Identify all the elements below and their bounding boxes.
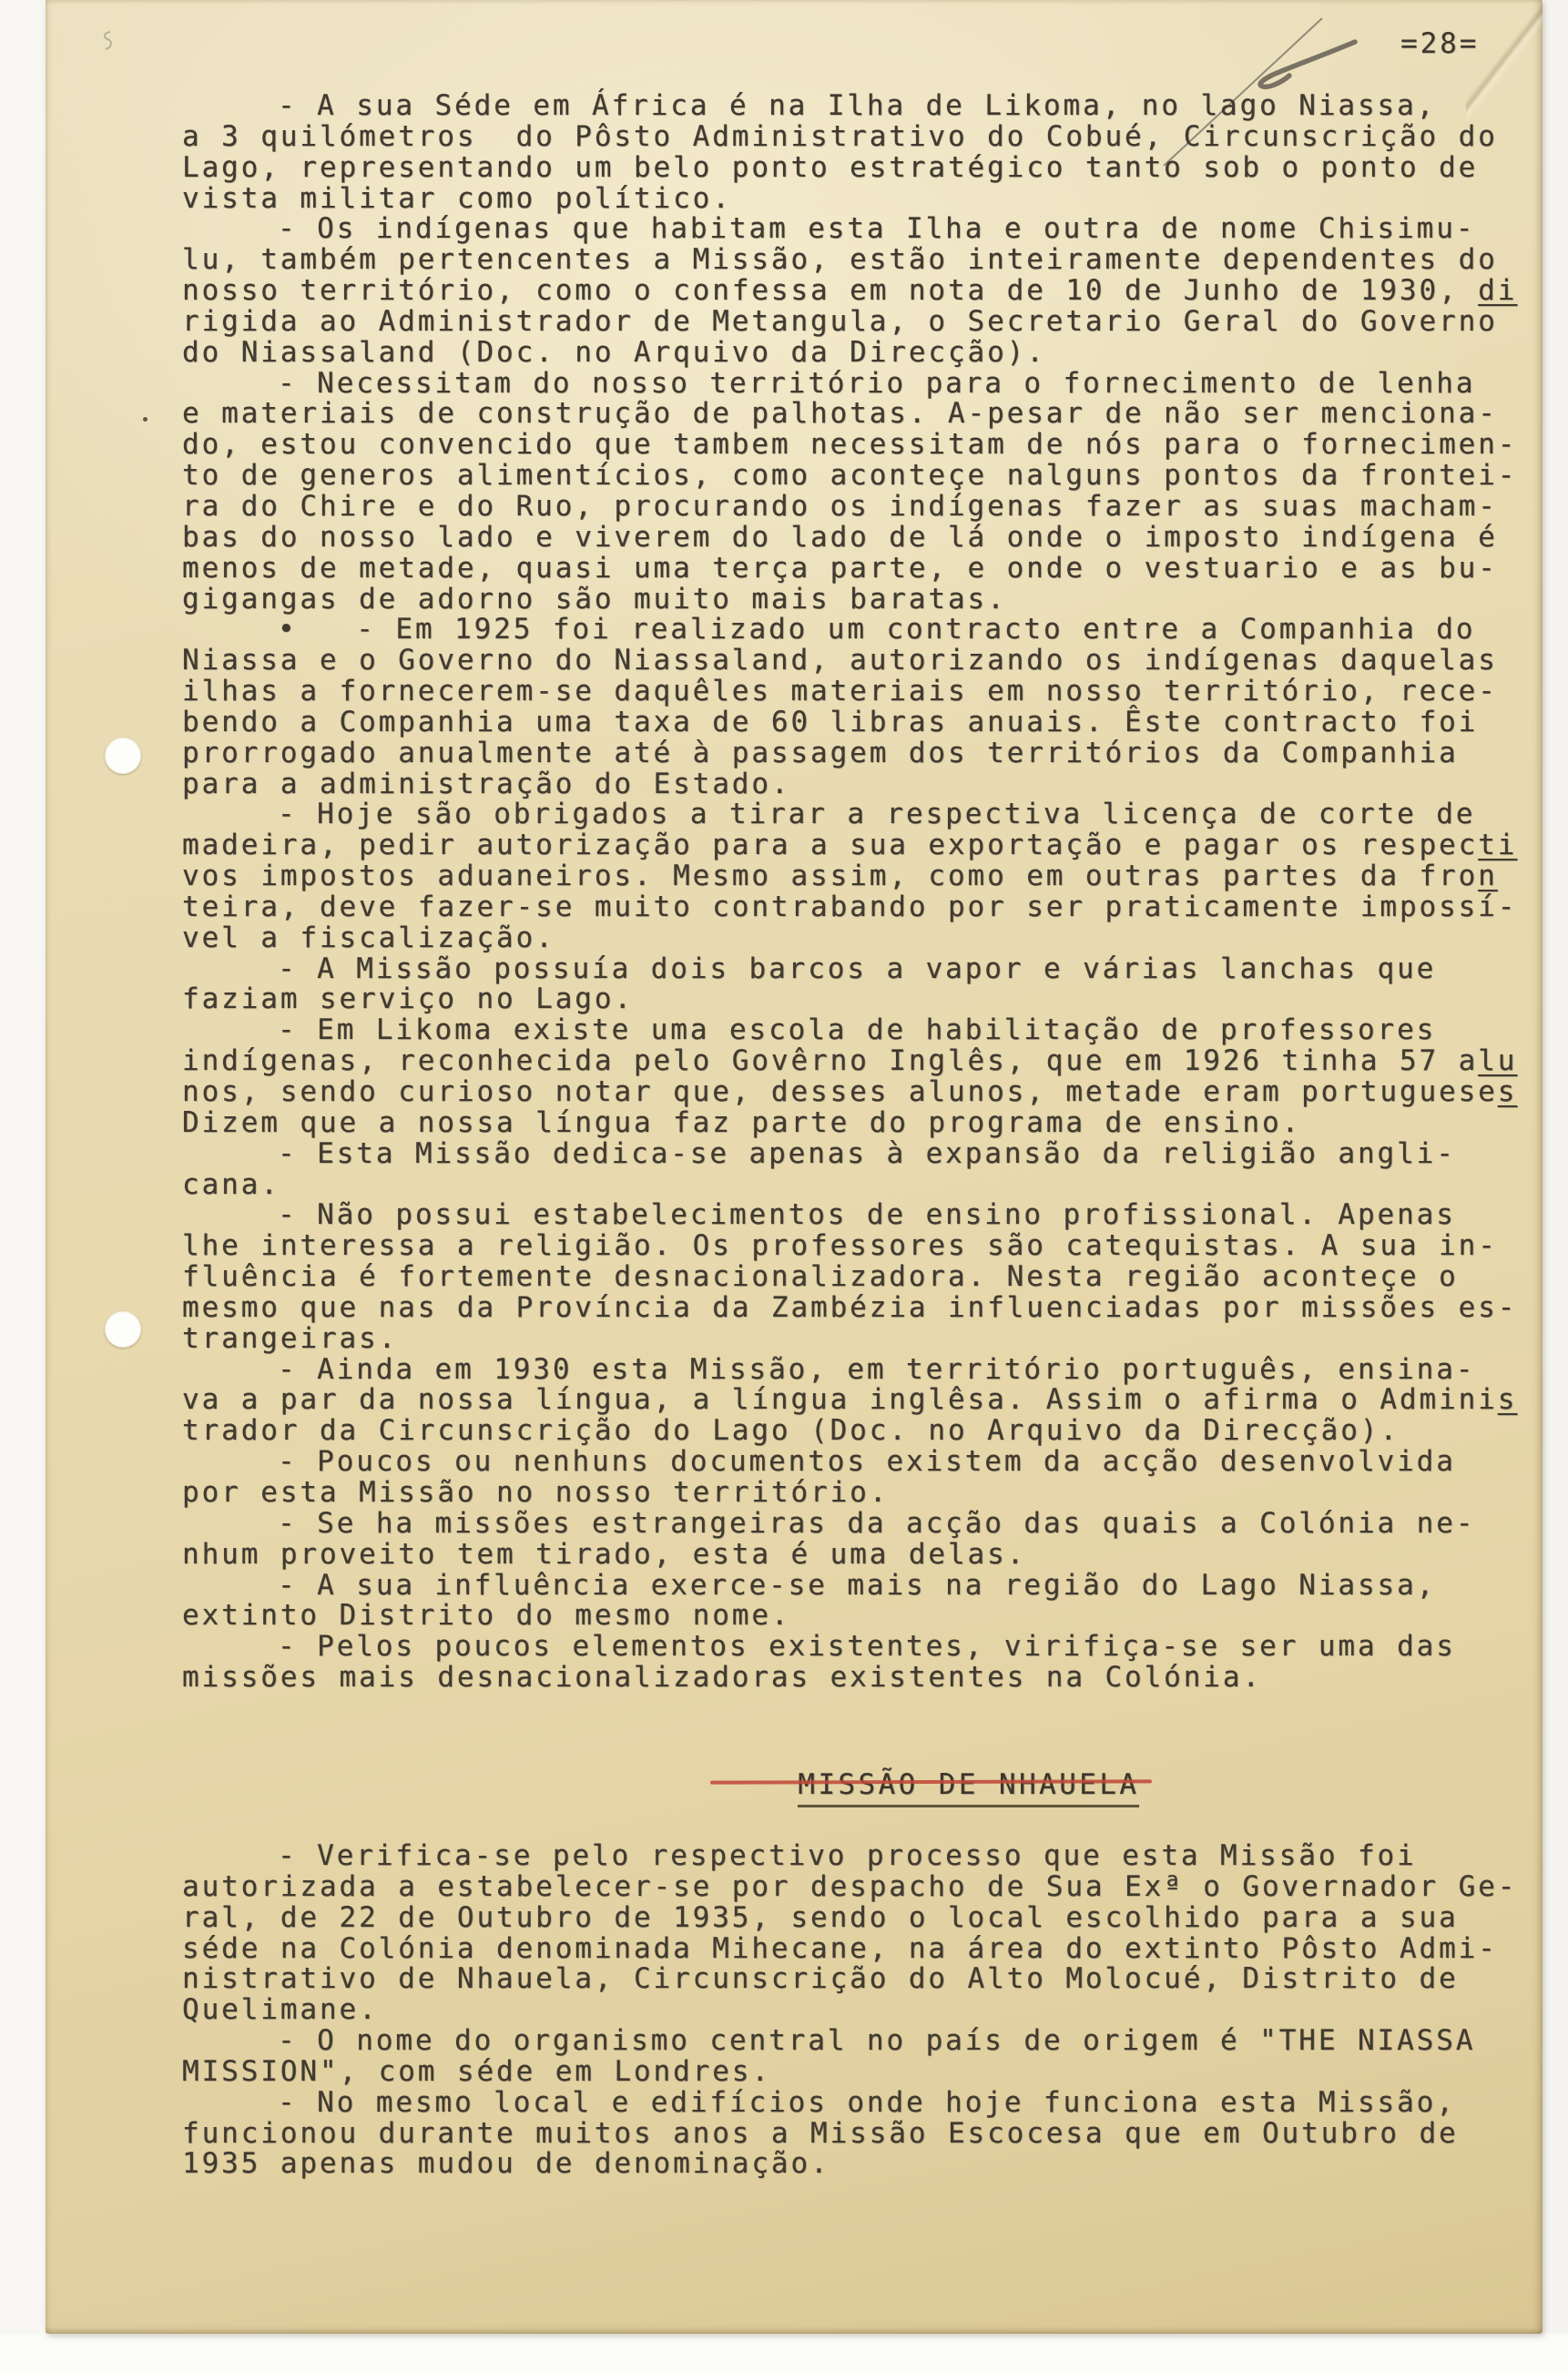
paragraph: - A sua Séde em África é na Ilha de Liko… xyxy=(182,91,1512,214)
scanner-background-bottom xyxy=(0,2334,1568,2372)
scanned-page-background: { "page": { "number": "=28=", "language"… xyxy=(0,0,1568,2372)
underlined-syllable: n xyxy=(1478,860,1498,892)
paragraph: - A sua influência exerce-se mais na reg… xyxy=(182,1571,1512,1633)
paragraph: - Verifica-se pelo respectivo processo q… xyxy=(182,1841,1512,2026)
paragraph: - A Missão possuía dois barcos a vapor e… xyxy=(182,954,1512,1016)
page-number: =28= xyxy=(1400,27,1479,60)
paragraph: - Se ha missões estrangeiras da acção da… xyxy=(182,1509,1512,1571)
underlined-syllable: lu xyxy=(1478,1044,1517,1077)
paragraph: - Necessitam do nosso território para o … xyxy=(182,369,1512,616)
underlined-syllable: s xyxy=(1498,1383,1518,1416)
underlined-syllable: s xyxy=(1498,1075,1518,1108)
paragraph: - Pelos poucos elementos existentes, vir… xyxy=(182,1632,1512,1694)
body-text-nhauela: - Verifica-se pelo respectivo processo q… xyxy=(182,1841,1512,2180)
pencil-squiggle xyxy=(98,29,117,53)
paragraph: - Esta Missão dedica-se apenas à expansã… xyxy=(182,1139,1512,1201)
underlined-syllable: ti xyxy=(1478,829,1517,861)
paragraph: • - Em 1925 foi realizado um contracto e… xyxy=(182,615,1512,799)
paragraph: - Ainda em 1930 esta Missão, em territór… xyxy=(182,1355,1512,1448)
paragraph: - Os indígenas que habitam esta Ilha e o… xyxy=(182,214,1512,368)
scanner-background-left xyxy=(0,0,46,2372)
punch-hole-top xyxy=(105,738,141,774)
scanner-background-right xyxy=(1543,0,1568,2372)
paragraph: - Hoje são obrigados a tirar a respectiv… xyxy=(182,799,1512,953)
ink-dot xyxy=(143,417,148,422)
punch-hole-bottom xyxy=(105,1311,141,1348)
paragraph: - Não possui estabelecimentos de ensino … xyxy=(182,1200,1512,1354)
underlined-syllable: di xyxy=(1478,274,1517,307)
paragraph: - O nome do organismo central no país de… xyxy=(182,2026,1512,2088)
document-paper: =28= - A sua Séde em África é na Ilha de… xyxy=(46,0,1543,2334)
paragraph: - Poucos ou nenhuns documentos existem d… xyxy=(182,1447,1512,1509)
body-text-continuation: - A sua Séde em África é na Ilha de Liko… xyxy=(182,91,1512,1694)
paragraph: - Em Likoma existe uma escola de habilit… xyxy=(182,1015,1512,1138)
section-heading-text: MISSÃO DE NHAUELA xyxy=(798,1768,1139,1807)
paragraph: - No mesmo local e edifícios onde hoje f… xyxy=(182,2088,1512,2181)
